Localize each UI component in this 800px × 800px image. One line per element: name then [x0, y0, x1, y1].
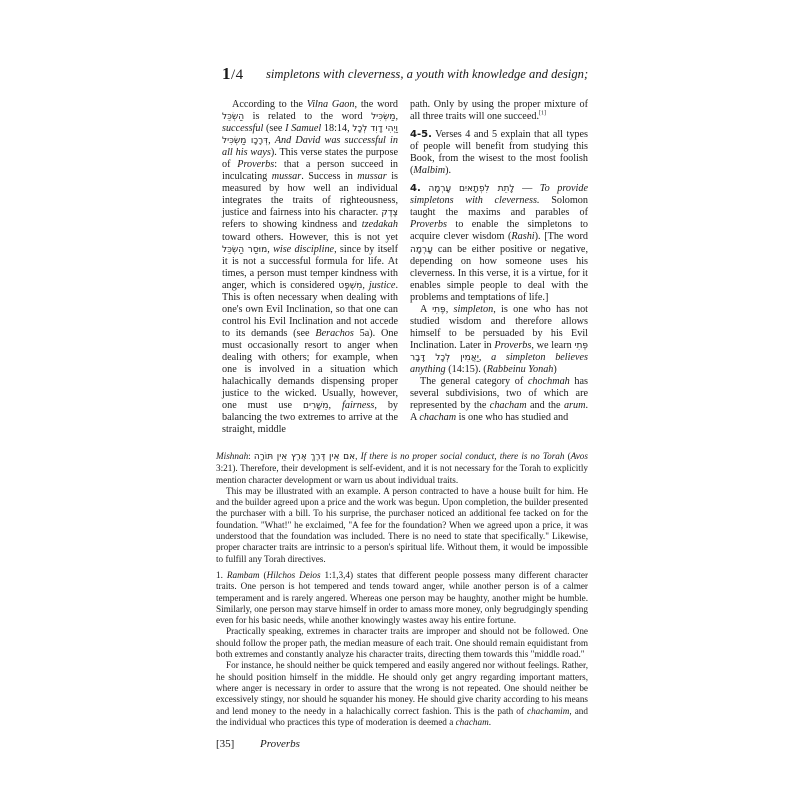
left-column: According to the Vilna Gaon, the word הַ… — [222, 99, 398, 436]
right-column: path. Only by using the proper mixture o… — [410, 99, 588, 424]
verse-label: 4. — [410, 183, 421, 194]
footnote-number: 1. — [216, 570, 227, 580]
footnote-ref[interactable]: [1] — [539, 111, 546, 117]
commentary-paragraph: According to the Vilna Gaon, the word הַ… — [222, 99, 398, 436]
footnotes: Mishnah: אִם אֵין דֶּרֶךְ אֶרֶץ אֵין תּו… — [216, 451, 588, 728]
commentary-paragraph: 4. לָתֵת לִפְתָאיִם עָרְמָה — To provide… — [410, 183, 588, 303]
book-title: Proverbs — [260, 738, 300, 750]
footnote-paragraph: For instance, he should neither be quick… — [216, 660, 588, 728]
footnote-1: 1. Rambam (Hilchos Deios 1:1,3,4) states… — [216, 570, 588, 626]
footnote-paragraph: Practically speaking, extremes in charac… — [216, 626, 588, 660]
footnote-paragraph: This may be illustrated with an example.… — [216, 486, 588, 565]
commentary-columns: According to the Vilna Gaon, the word הַ… — [222, 99, 586, 449]
footnote-continuation: Mishnah: אִם אֵין דֶּרֶךְ אֶרֶץ אֵין תּו… — [216, 451, 588, 486]
page-number: [35] — [216, 738, 260, 750]
page-footer: [35]Proverbs — [216, 738, 300, 750]
commentary-paragraph: 4-5. Verses 4 and 5 explain that all typ… — [410, 129, 588, 177]
verse-translation: simpletons with cleverness, a youth with… — [266, 67, 588, 82]
chapter-verse-number: 1/4 — [222, 64, 244, 84]
commentary-paragraph: path. Only by using the proper mixture o… — [410, 99, 588, 123]
verse-label: 4-5. — [410, 129, 432, 140]
running-header: 1/4 simpletons with cleverness, a youth … — [222, 64, 586, 86]
commentary-paragraph: A פֶּתִי, simpleton, is one who has not … — [410, 304, 588, 376]
commentary-paragraph: The general category of chochmah has sev… — [410, 376, 588, 424]
